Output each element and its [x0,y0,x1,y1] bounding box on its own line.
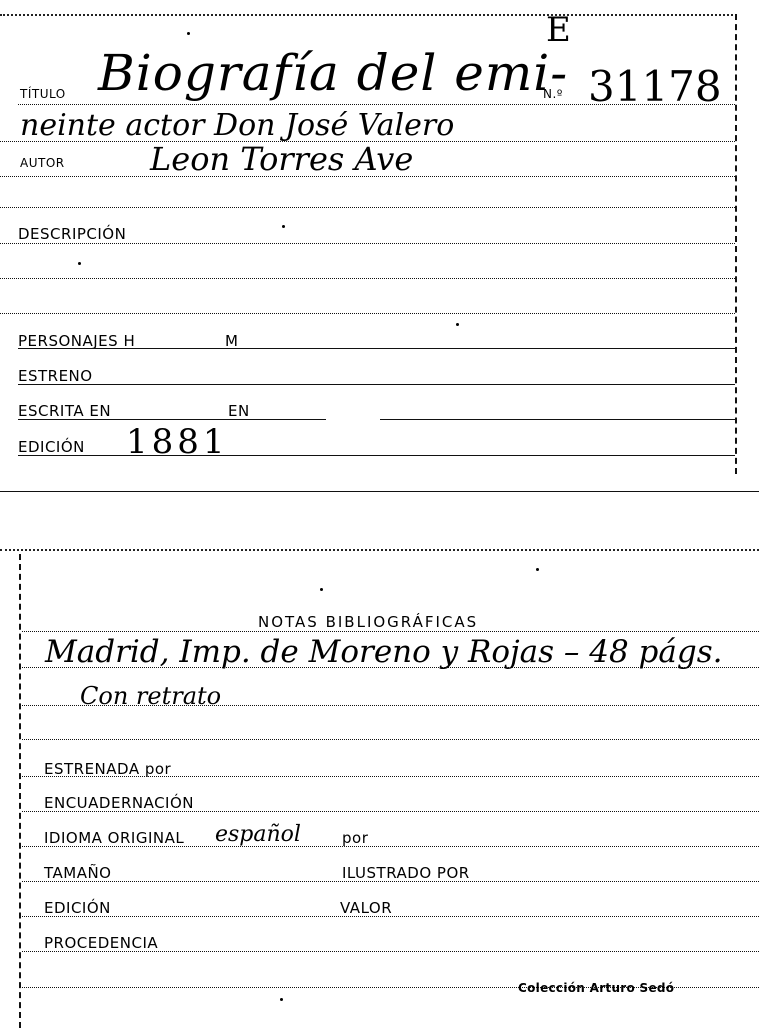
descripcion-rule [0,243,735,244]
notas-handwritten-line1: Madrid, Imp. de Moreno y Rojas – 48 págs… [45,634,722,670]
estreno-label: ESTRENO [18,367,93,385]
collection-stamp: Colección Arturo Sedó [518,981,674,995]
blank-rule-1 [0,207,735,208]
card-top-edge [0,14,737,16]
card-front-bottom-edge [0,491,759,492]
estrenada-rule [22,776,759,777]
notas-rule-2 [22,667,759,668]
escrita-en-rule-2 [380,419,735,420]
procedencia-label: PROCEDENCIA [44,934,158,952]
card-top-edge [0,549,759,551]
notas-rule-4 [22,739,759,740]
personajes-rule [18,348,735,349]
estreno-rule [18,384,735,385]
titulo-rule [18,104,735,105]
escrita-en2-label: EN [228,402,250,420]
card-left-border [19,554,21,1028]
edicion-label: EDICIÓN [18,438,85,456]
numero-mark: E [546,10,571,50]
descripcion-rule-2 [0,278,735,279]
notas-rule-3 [22,705,759,706]
notas-heading: NOTAS BIBLIOGRÁFICAS [258,613,478,631]
escrita-en-label: ESCRITA EN [18,402,111,420]
tamano-rule [22,881,759,882]
autor-value: Leon Torres Ave [150,140,413,178]
idioma-por-label: por [342,829,368,847]
card-right-border [735,14,737,474]
edicion-back-rule [22,916,759,917]
titulo-handwritten-line2: neinte actor Don José Valero [20,108,454,143]
descripcion-label: DESCRIPCIÓN [18,225,126,243]
scan-speck [320,588,323,591]
escrita-en-rule [18,419,326,420]
scan-speck [282,225,285,228]
autor-rule [0,176,735,177]
titulo-label: TÍTULO [20,87,66,101]
scan-speck [187,32,190,35]
titulo-handwritten-line1: Biografía del emi- [98,44,568,102]
notas-rule [22,631,759,632]
tamano-label: TAMAÑO [44,864,112,882]
edicion-value: 1881 [126,422,229,462]
catalog-card-front: TÍTULO Biografía del emi- E N.º 31178 ne… [0,0,759,495]
numero-label: N.º [543,87,563,101]
ilustrado-label: ILUSTRADO POR [342,864,470,882]
encuadernacion-rule [22,811,759,812]
descripcion-rule-3 [0,313,735,314]
scan-speck [280,998,283,1001]
autor-label: AUTOR [20,156,65,170]
idioma-rule [22,846,759,847]
encuadernacion-label: ENCUADERNACIÓN [44,794,194,812]
valor-label: VALOR [340,899,392,917]
idioma-value: español [215,822,301,847]
edicion-back-label: EDICIÓN [44,899,111,917]
idioma-label: IDIOMA ORIGINAL [44,829,184,847]
edicion-rule [18,455,735,456]
scan-speck [456,323,459,326]
scan-speck [536,568,539,571]
catalog-card-back: NOTAS BIBLIOGRÁFICAS Madrid, Imp. de Mor… [0,540,759,1028]
procedencia-rule [22,951,759,952]
scan-speck [78,262,81,265]
